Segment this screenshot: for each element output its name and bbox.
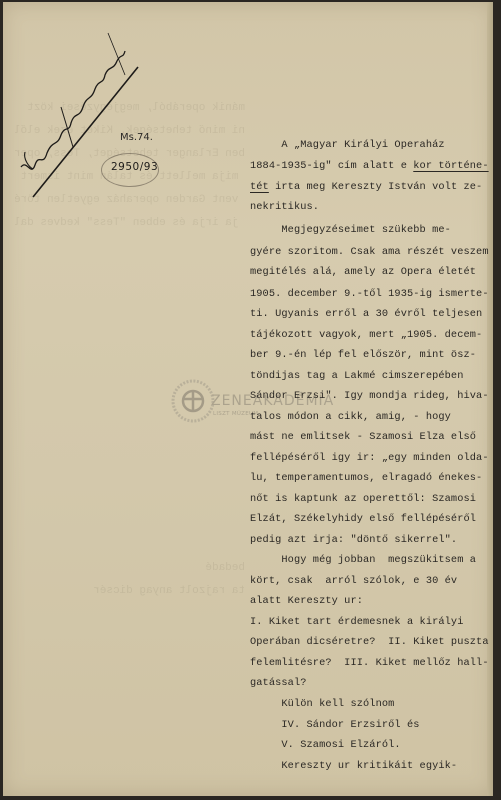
text-line: gatással? bbox=[250, 677, 307, 689]
text-line: Megjegyzéseimet szükebb me- bbox=[250, 224, 451, 236]
text-line: alatt Kereszty ur: bbox=[250, 595, 363, 607]
text-line: 1905. december 9.-től 1935-ig ismerte- bbox=[250, 288, 489, 300]
text-line: nőt is kaptunk az operettől: Szamosi bbox=[250, 493, 476, 505]
text-line: töndijas tag a Lakmé cimszerepében bbox=[250, 370, 464, 382]
text-line: Kereszty ur kritikáit egyik- bbox=[250, 760, 457, 772]
text-line: I. Kiket tart érdemesnek a királyi bbox=[250, 616, 464, 628]
manuscript-label: Ms.74. bbox=[120, 132, 153, 143]
underlined-phrase: kor történe- bbox=[413, 160, 488, 172]
text-line: tájékozott vagyok, mert „1905. decem- bbox=[250, 329, 482, 341]
text-line: pedig azt irja: "döntő sikerrel". bbox=[250, 534, 457, 546]
text-line: Hogy még jobban megszükitsem a bbox=[250, 554, 476, 566]
underlined-phrase: tét bbox=[250, 181, 269, 193]
text-line: V. Szamosi Elzáról. bbox=[250, 739, 401, 751]
text-line: felemlitésre? III. Kiket mellőz hall- bbox=[250, 657, 489, 669]
text-line: Sándor Erzsi". Igy mondja rideg, hiva- bbox=[250, 390, 489, 402]
text-line: megitélés alá, amely az Opera életét bbox=[250, 266, 476, 278]
text-line: Külön kell szólnom bbox=[250, 698, 394, 710]
text-line: talos módon a cikk, amig, - hogy bbox=[250, 411, 451, 423]
text-line: A „Magyar Királyi Operaház bbox=[250, 139, 445, 151]
text-line: ber 9.-én lép fel először, mint ösz- bbox=[250, 349, 476, 361]
text-line: kört, csak arról szólok, e 30 év bbox=[250, 575, 457, 587]
text-line: nekritikus. bbox=[250, 201, 319, 213]
text-line: mást ne emlitsek - Szamosi Elza első bbox=[250, 431, 476, 443]
stamp-number: 2950/93 bbox=[111, 161, 158, 173]
text-line: ti. Ugyanis erről a 30 évről teljesen bbox=[250, 308, 482, 320]
text-line: IV. Sándor Erzsiről és bbox=[250, 719, 420, 731]
text-line: Operában dicséretre? II. Kiket puszta bbox=[250, 636, 489, 648]
text-line: lu, temperamentumos, elragadó énekes- bbox=[250, 472, 482, 484]
text-line: 1884-1935-ig" cím alatt e kor történe- bbox=[250, 160, 489, 172]
document-page: mánik operából, megjegyzései közt ni min… bbox=[3, 2, 493, 796]
text-line: fellépéséről igy ir: „egy minden olda- bbox=[250, 452, 489, 464]
text-line: tét irta meg Kereszty István volt ze- bbox=[250, 181, 482, 193]
text-line: gyére szoritom. Csak ama részét veszem bbox=[250, 246, 489, 258]
text-line: Elzát, Székelyhidy első fellépéséről bbox=[250, 513, 476, 525]
